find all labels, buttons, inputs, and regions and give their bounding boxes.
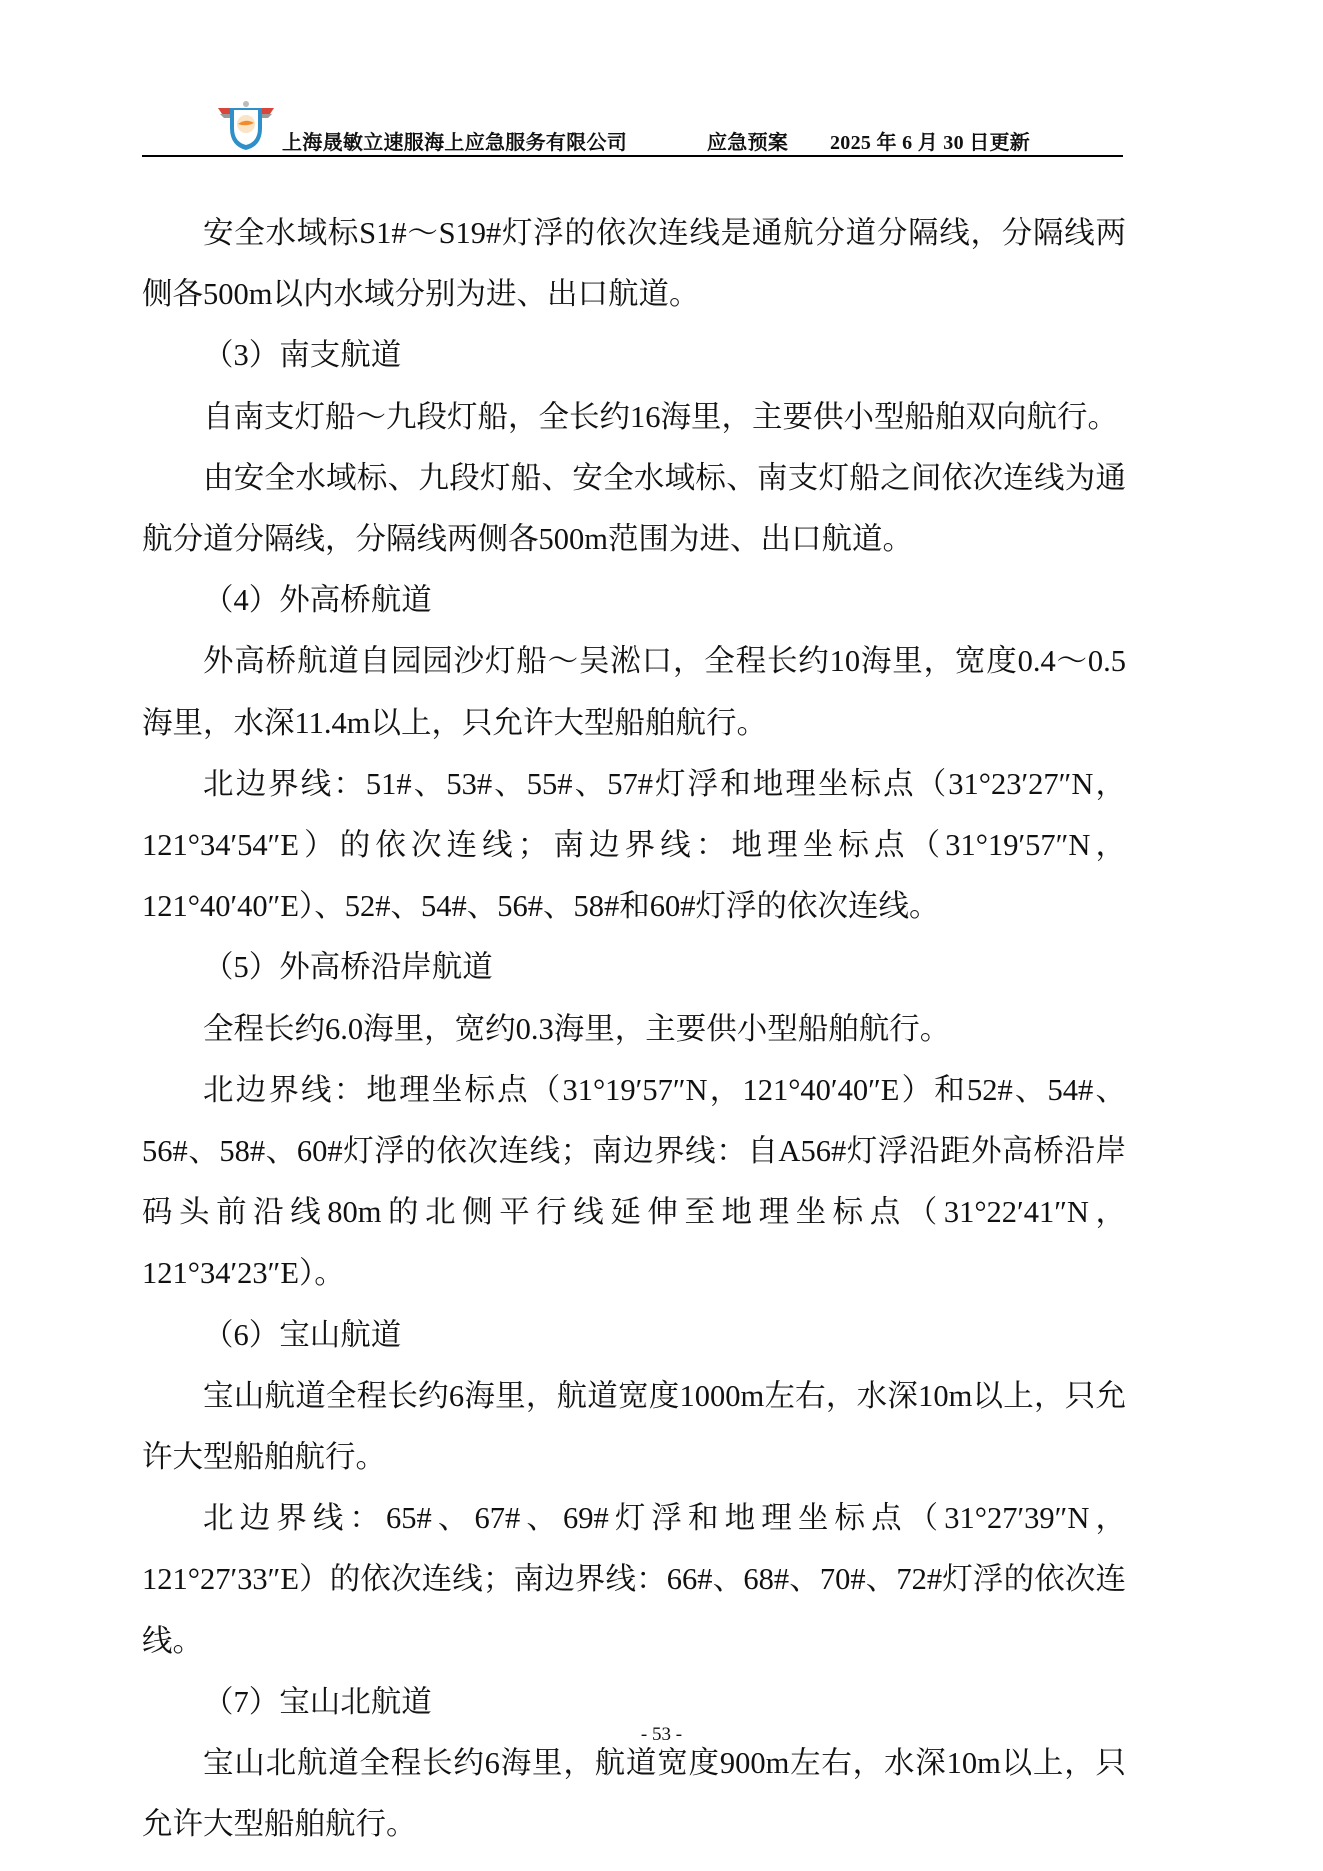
page-header: 上海晟敏立速服海上应急服务有限公司 应急预案 2025 年 6 月 30 日更新: [142, 96, 1123, 158]
paragraph: 宝山航道全程长约6海里，航道宽度1000m左右，水深10m以上，只允许大型船舶航…: [142, 1366, 1126, 1488]
paragraph: 北边界线：地理坐标点（31°19′57″N，121°40′40″E）和52#、5…: [142, 1060, 1126, 1305]
updated-date: 2025 年 6 月 30 日更新: [830, 126, 1030, 155]
section-heading: （5）外高桥沿岸航道: [142, 937, 1126, 998]
section-heading: （6）宝山航道: [142, 1305, 1126, 1366]
company-emblem-icon: [216, 100, 276, 152]
paragraph: 自南支灯船～九段灯船，全长约16海里，主要供小型船舶双向航行。: [142, 387, 1126, 448]
company-name: 上海晟敏立速服海上应急服务有限公司: [282, 126, 627, 155]
section-heading: （3）南支航道: [142, 325, 1126, 386]
section-heading: （4）外高桥航道: [142, 570, 1126, 631]
header-divider: [142, 155, 1123, 157]
document-body: 安全水域标S1#～S19#灯浮的依次连线是通航分道分隔线，分隔线两侧各500m以…: [142, 203, 1126, 1855]
paragraph: 宝山北航道全程长约6海里，航道宽度900m左右，水深10m以上，只允许大型船舶航…: [142, 1733, 1126, 1855]
paragraph: 安全水域标S1#～S19#灯浮的依次连线是通航分道分隔线，分隔线两侧各500m以…: [142, 203, 1126, 325]
page-number: - 53 -: [0, 1724, 1323, 1746]
paragraph: 外高桥航道自园园沙灯船～吴淞口，全程长约10海里，宽度0.4～0.5海里，水深1…: [142, 631, 1126, 753]
paragraph: 北边界线：65#、67#、69#灯浮和地理坐标点（31°27′39″N，121°…: [142, 1488, 1126, 1672]
paragraph: 全程长约6.0海里，宽约0.3海里，主要供小型船舶航行。: [142, 999, 1126, 1060]
paragraph: 北边界线：51#、53#、55#、57#灯浮和地理坐标点（31°23′27″N，…: [142, 754, 1126, 938]
document-type: 应急预案: [707, 126, 788, 155]
paragraph: 由安全水域标、九段灯船、安全水域标、南支灯船之间依次连线为通航分道分隔线，分隔线…: [142, 448, 1126, 570]
